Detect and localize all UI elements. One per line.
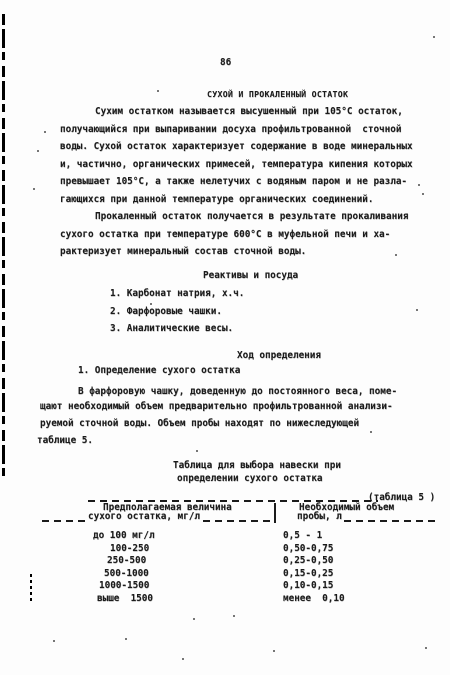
procedure-text-line: щают необходимый объем предварительно пр… (40, 402, 393, 413)
table-row-residue-value: до 100 мг/л (93, 531, 155, 542)
body-text-line: сухого остатка при температуре 600°С в м… (60, 230, 390, 241)
noise-dot (395, 254, 397, 256)
body-text-line: рактеризует минеральный состав сточной в… (60, 247, 306, 258)
table-col2-header-line-2: пробы, л (297, 512, 342, 523)
noise-dot (44, 131, 46, 133)
noise-dot (233, 615, 235, 617)
noise-dot (150, 303, 152, 305)
table-row-volume-value: 0,15-0,25 (283, 569, 333, 580)
reagent-list-item: 2. Фарфоровые чашки. (110, 307, 222, 318)
table-row-residue-value: выше 1500 (97, 594, 153, 605)
page-title: СУХОЙ И ПРОКАЛЕННЫЙ ОСТАТОК (207, 90, 348, 99)
noise-dot (370, 431, 372, 433)
body-text-line: и, частично, органических примесей, темп… (60, 160, 413, 171)
noise-dot (193, 618, 195, 620)
noise-dot (37, 150, 39, 152)
scanned-document-page: 86 СУХОЙ И ПРОКАЛЕННЫЙ ОСТАТОК Сухим ост… (0, 0, 450, 675)
noise-dot (196, 450, 198, 452)
table-row-volume-value: 0,25-0,50 (283, 556, 333, 567)
body-text-line: Сухим остатком называется высушенный при… (95, 107, 403, 118)
procedure-text-line: руемой сточной воды. Объем пробы находят… (40, 419, 359, 430)
body-text-line: получающийся при выпаривании досуха проф… (60, 125, 401, 136)
table-caption-line-2: определении сухого остатка (177, 474, 323, 485)
table-row-volume-value: 0,5 - 1 (283, 531, 322, 542)
table-row-residue-value: 500-1000 (104, 569, 149, 580)
table-caption-line-1: Таблица для выбора навески при (173, 461, 341, 472)
procedure-subheading: 1. Определение сухого остатка (78, 366, 240, 377)
table-column-divider (274, 503, 276, 523)
reagent-list-item: 1. Карбонат натрия, х.ч. (110, 289, 244, 300)
table-row-residue-value: 100-250 (110, 544, 149, 555)
table-row-residue-value: 250-500 (107, 556, 146, 567)
body-text-line: Прокаленный остаток получается в результ… (95, 212, 408, 223)
noise-dot (418, 184, 420, 186)
noise-dot (125, 638, 127, 640)
table-row-volume-value: 0,50-0,75 (283, 544, 333, 555)
body-text-line: гающихся при данной температуре органиче… (60, 195, 373, 206)
body-text-line: воды. Сухой остаток характеризует содерж… (60, 142, 413, 153)
table-row-volume-value: 0,10-0,15 (283, 581, 333, 592)
noise-dot (182, 658, 184, 660)
noise-dot (433, 36, 435, 38)
noise-dot (416, 309, 418, 311)
noise-dot (422, 193, 424, 195)
noise-dot (33, 188, 35, 190)
noise-dot (273, 650, 275, 652)
scan-edge-artifact (2, 14, 5, 476)
procedure-heading: Ход определения (237, 351, 321, 362)
scan-edge-dots-artifact (30, 574, 32, 602)
noise-dot (53, 640, 55, 642)
table-row-volume-value: менее 0,10 (283, 594, 345, 605)
procedure-text-line: В фарфоровую чашку, доведенную до постоя… (78, 387, 397, 398)
procedure-text-line: таблице 5. (37, 436, 93, 447)
table-header-underline (42, 520, 86, 522)
table-row-residue-value: 1000-1500 (99, 581, 149, 592)
table-col1-header-line-2: сухого остатка, мг/л (88, 512, 200, 523)
reagents-heading: Реактивы и посуда (203, 271, 298, 282)
page-number: 86 (220, 58, 231, 69)
table-header-underline (203, 520, 271, 522)
body-text-line: превышает 105°С, а также нелетучих с вод… (60, 177, 407, 188)
table-header-underline (344, 520, 440, 522)
reagent-list-item: 3. Аналитические весы. (110, 324, 233, 335)
noise-dot (157, 90, 159, 92)
noise-dot (425, 647, 427, 649)
